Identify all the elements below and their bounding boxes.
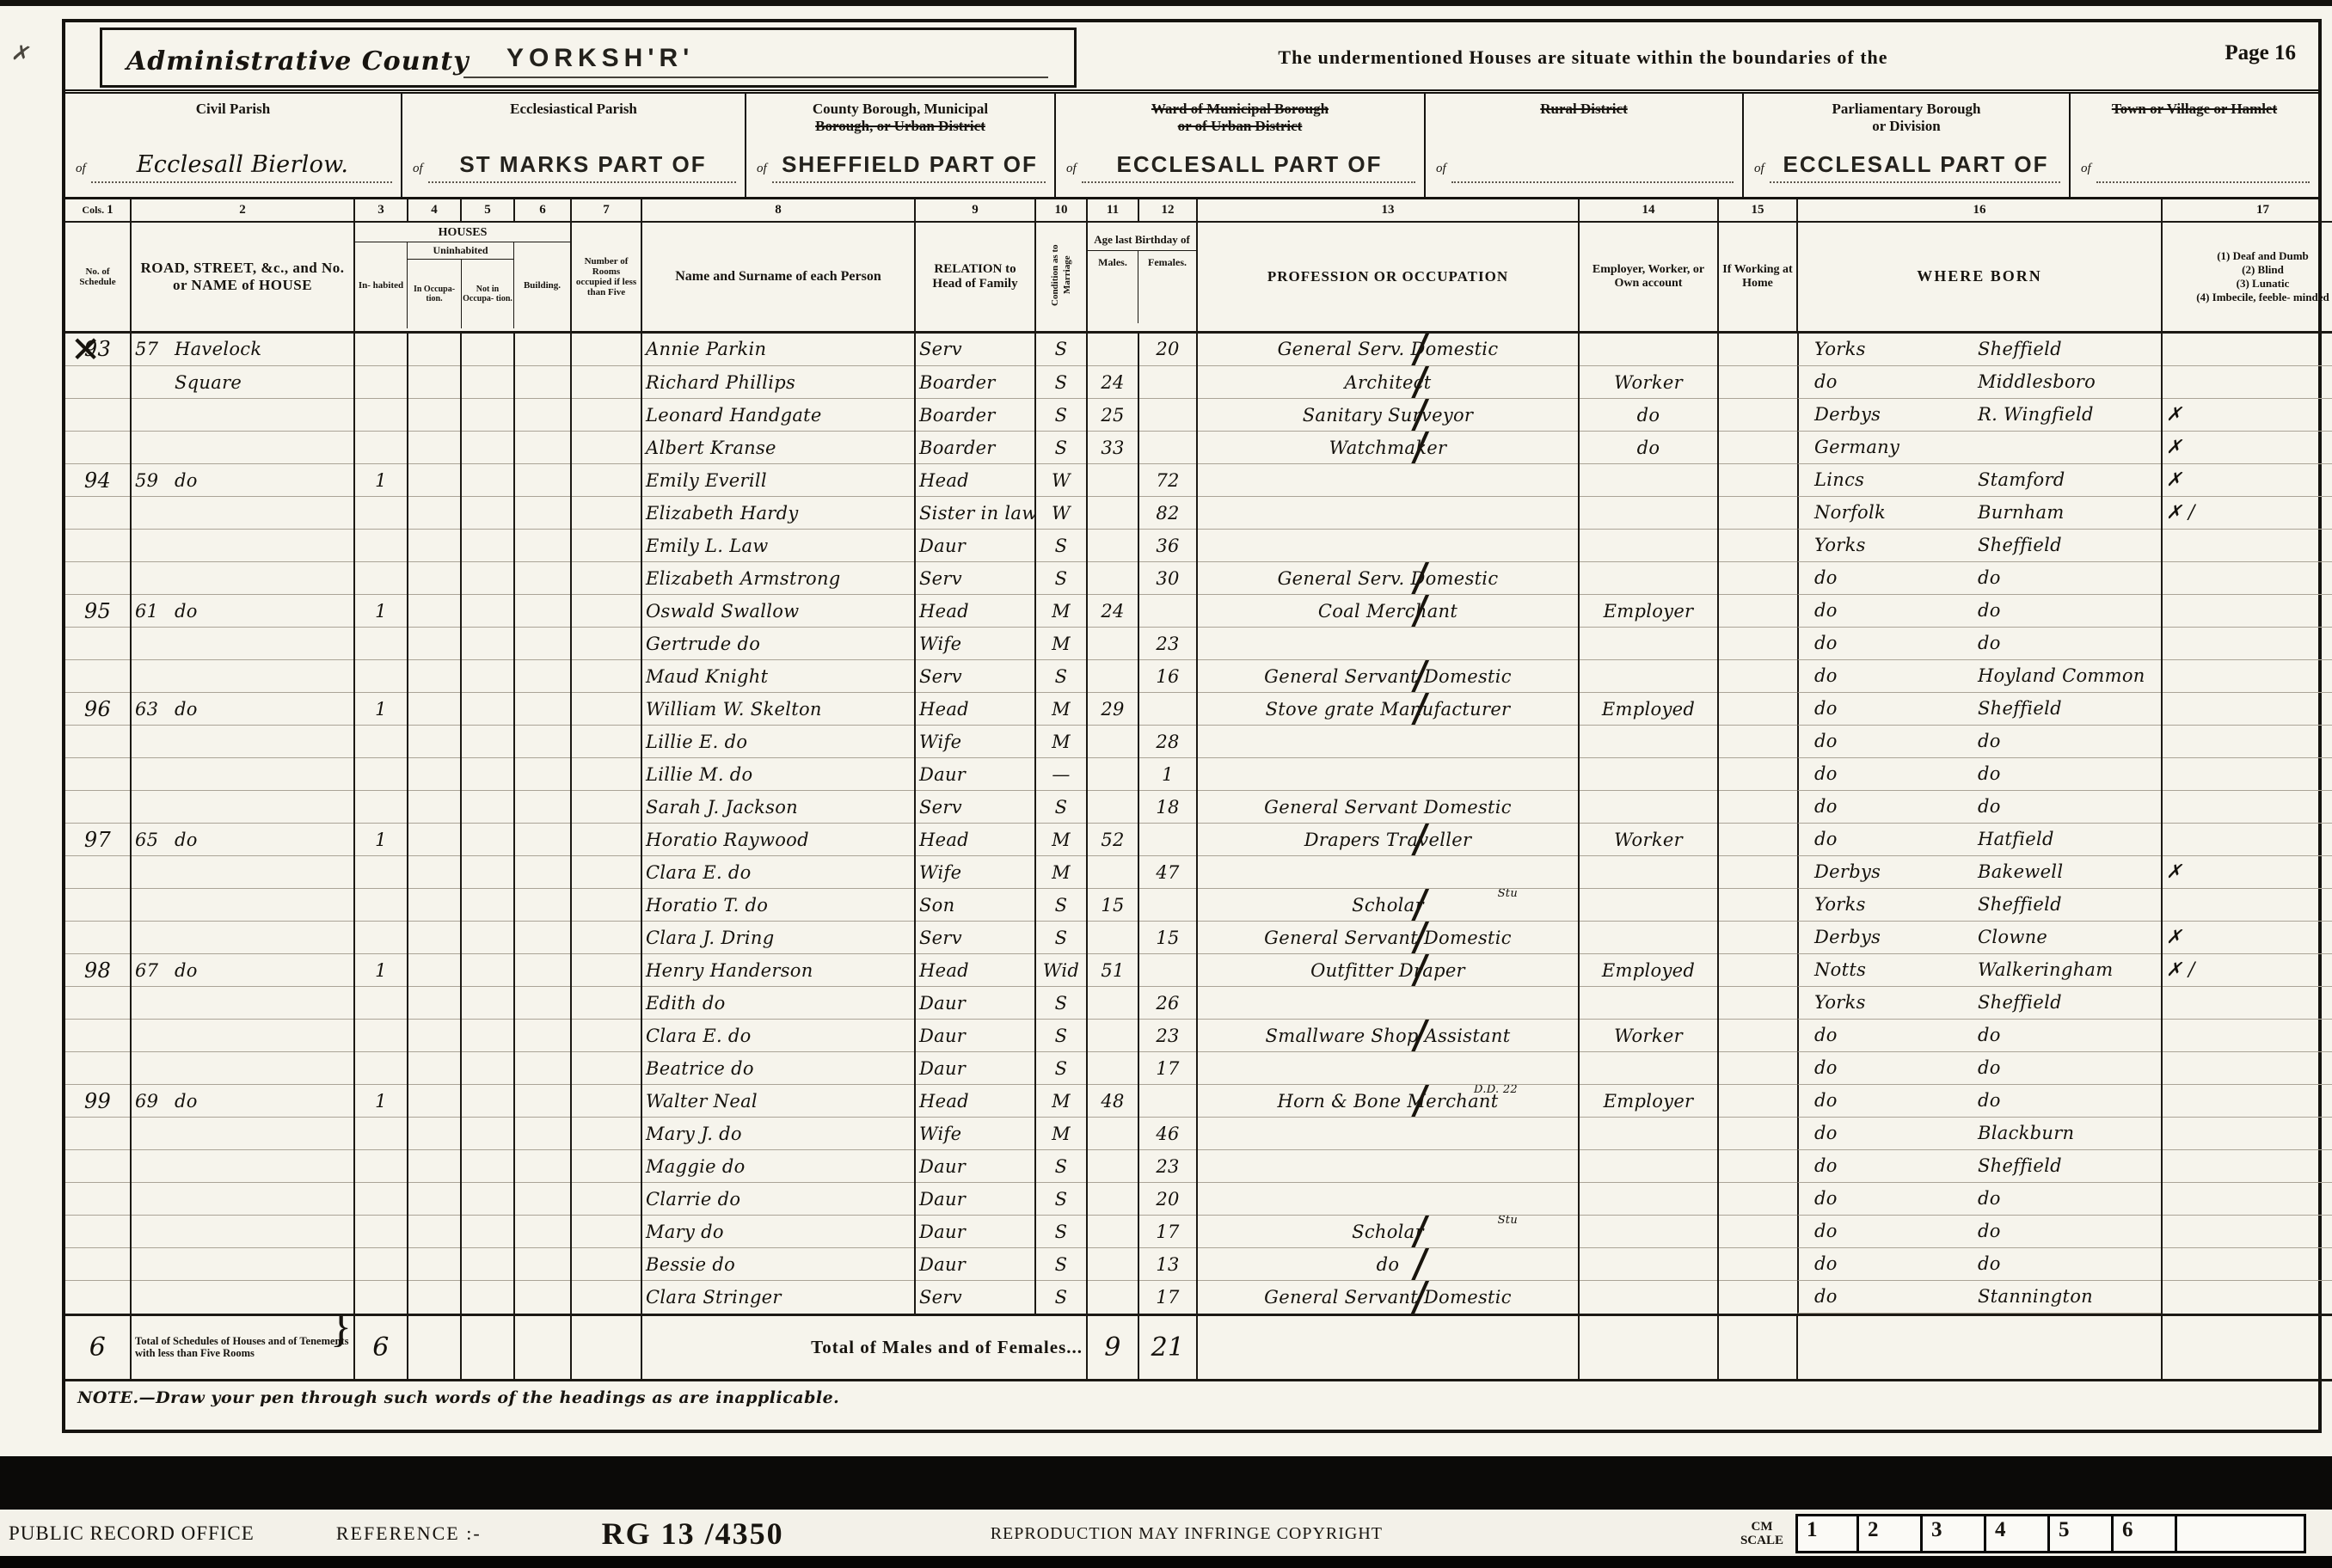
- cell-infirmity: [2162, 987, 2332, 1020]
- cell-employer-worker: Employer: [1579, 595, 1718, 628]
- cell-occupation: Watchmaker: [1197, 432, 1579, 464]
- col-number-11: 11: [1087, 199, 1138, 222]
- cell-name: Clara E. do: [641, 1020, 915, 1052]
- cell-employer-worker: [1579, 856, 1718, 889]
- cell-relation: Sister in law: [915, 497, 1035, 530]
- cell-employer-worker: [1579, 1248, 1718, 1281]
- total-schedules-label: Total of Schedules of Houses and of Tene…: [131, 1314, 354, 1380]
- cell-employer-worker: [1579, 1052, 1718, 1085]
- cell-rooms: [571, 1150, 641, 1183]
- empty-cell: [571, 1314, 641, 1380]
- cell-occupation: Stove grate Manufacturer: [1197, 693, 1579, 726]
- scale-tick-6: 6: [2114, 1514, 2177, 1553]
- cell-age-female: 20: [1138, 332, 1197, 366]
- table-row: Clarrie doDaurS20dodo: [65, 1183, 2332, 1216]
- cell-building: [514, 332, 571, 366]
- cell-age-female: [1138, 954, 1197, 987]
- cell-uninhabited-in-occupation: [408, 954, 461, 987]
- cell-working-at-home: [1718, 1183, 1797, 1216]
- cell-condition: M: [1035, 726, 1087, 758]
- cell-working-at-home: [1718, 922, 1797, 954]
- total-schedules-value: 6: [65, 1314, 131, 1380]
- cell-schedule-number: [65, 987, 131, 1020]
- cell-inhabited: [354, 366, 408, 399]
- col-number-3: 3: [354, 199, 408, 222]
- cell-employer-worker: [1579, 889, 1718, 922]
- box-title: Ecclesiastical Parish: [402, 101, 745, 118]
- cell-road-street: [131, 628, 354, 660]
- cell-condition: M: [1035, 1118, 1087, 1150]
- cell-name: Henry Handerson: [641, 954, 915, 987]
- cell-working-at-home: [1718, 1118, 1797, 1150]
- cell-building: [514, 1020, 571, 1052]
- cell-where-born: YorksSheffield: [1797, 987, 2161, 1020]
- cell-building: [514, 1118, 571, 1150]
- dotted-underline: [772, 181, 1046, 183]
- box-ecclesiastical-parish: Ecclesiastical Parish of ST MARKS PART O…: [401, 94, 745, 197]
- cell-schedule-number: [65, 1281, 131, 1315]
- cell-condition: W: [1035, 497, 1087, 530]
- cell-working-at-home: [1718, 1052, 1797, 1085]
- cell-condition: S: [1035, 922, 1087, 954]
- cell-occupation: Sanitary Surveyor: [1197, 399, 1579, 432]
- cell-rooms: [571, 1085, 641, 1118]
- table-row: Beatrice doDaurS17dodo: [65, 1052, 2332, 1085]
- cell-relation: Head: [915, 595, 1035, 628]
- cell-infirmity: [2162, 1020, 2332, 1052]
- cell-inhabited: 1: [354, 464, 408, 497]
- col-number-15: 15: [1718, 199, 1797, 222]
- cell-road-street: [131, 889, 354, 922]
- empty-cell: [408, 1314, 461, 1380]
- cell-age-female: 47: [1138, 856, 1197, 889]
- cell-infirmity: [2162, 366, 2332, 399]
- table-row: Mary doDaurS17StuScholardodo: [65, 1216, 2332, 1248]
- cell-age-male: 51: [1087, 954, 1138, 987]
- empty-cell: [2162, 1314, 2332, 1380]
- cell-uninhabited-not-in-occupation: [461, 824, 514, 856]
- cell-relation: Wife: [915, 726, 1035, 758]
- cell-uninhabited-not-in-occupation: [461, 497, 514, 530]
- cell-name: Clara E. do: [641, 856, 915, 889]
- cell-where-born: DerbysClowne: [1797, 922, 2161, 954]
- cell-uninhabited-in-occupation: [408, 693, 461, 726]
- header-uninhabited-group: Uninhabited In Occupa- tion. Not in Occu…: [407, 242, 513, 328]
- cell-occupation: General Servant Domestic: [1197, 922, 1579, 954]
- cell-condition: W: [1035, 464, 1087, 497]
- cell-employer-worker: [1579, 660, 1718, 693]
- cell-building: [514, 1052, 571, 1085]
- cell-building: [514, 1216, 571, 1248]
- box-title-2: or Division: [1744, 118, 2069, 135]
- header-inhabited: In- habited: [355, 242, 407, 328]
- scale-tick-3: 3: [1923, 1514, 1986, 1553]
- cell-road-street: [131, 1248, 354, 1281]
- col-number-9: 9: [915, 199, 1035, 222]
- cell-occupation: [1197, 1118, 1579, 1150]
- cell-name: Walter Neal: [641, 1085, 915, 1118]
- cell-age-female: 17: [1138, 1216, 1197, 1248]
- table-body: 9357HavelockAnnie ParkinServS20General S…: [65, 332, 2332, 1314]
- cell-working-at-home: [1718, 987, 1797, 1020]
- cell-road-street: [131, 922, 354, 954]
- col-number-5: 5: [461, 199, 514, 222]
- cell-road-street: [131, 1216, 354, 1248]
- cell-rooms: [571, 660, 641, 693]
- header-working-at-home: If Working at Home: [1718, 222, 1797, 332]
- cell-working-at-home: [1718, 726, 1797, 758]
- cell-occupation: D.D. 22Horn & Bone Merchant: [1197, 1085, 1579, 1118]
- cell-employer-worker: Employer: [1579, 1085, 1718, 1118]
- cell-uninhabited-in-occupation: [408, 1020, 461, 1052]
- table-row: 9663do1William W. SkeltonHeadM29Stove gr…: [65, 693, 2332, 726]
- cm-scale-label: CMSCALE: [1740, 1520, 1783, 1547]
- cell-rooms: [571, 595, 641, 628]
- cell-age-female: [1138, 432, 1197, 464]
- cell-name: Annie Parkin: [641, 332, 915, 366]
- cell-schedule-number: [65, 1020, 131, 1052]
- cell-rooms: [571, 856, 641, 889]
- cell-where-born: DerbysR. Wingfield: [1797, 399, 2161, 432]
- table-row: Albert KranseBoarderS33WatchmakerdoGerma…: [65, 432, 2332, 464]
- header-band-parishes: Civil Parish of Ecclesall Bierlow. Eccle…: [65, 94, 2318, 199]
- cell-road-street: 57Havelock: [131, 332, 354, 366]
- cell-uninhabited-not-in-occupation: [461, 1118, 514, 1150]
- cell-working-at-home: [1718, 464, 1797, 497]
- cell-road-street: 59do: [131, 464, 354, 497]
- cell-condition: M: [1035, 693, 1087, 726]
- footer-copyright: REPRODUCTION MAY INFRINGE COPYRIGHT: [991, 1524, 1383, 1544]
- cell-employer-worker: [1579, 758, 1718, 791]
- cell-schedule-number: [65, 530, 131, 562]
- cell-employer-worker: [1579, 628, 1718, 660]
- cell-age-male: [1087, 791, 1138, 824]
- cell-occupation: [1197, 758, 1579, 791]
- cell-occupation: Smallware Shop Assistant: [1197, 1020, 1579, 1052]
- infirmity-item-4: (4) Imbecile, feeble- minded: [2166, 291, 2332, 304]
- cell-working-at-home: [1718, 530, 1797, 562]
- cell-where-born: Germany: [1797, 432, 2161, 464]
- cell-inhabited: [354, 1150, 408, 1183]
- cell-working-at-home: [1718, 856, 1797, 889]
- cell-schedule-number: 95: [65, 595, 131, 628]
- table-row: Emily L. LawDaurS36YorksSheffield: [65, 530, 2332, 562]
- table-row: Clara E. doDaurS23Smallware Shop Assista…: [65, 1020, 2332, 1052]
- cell-inhabited: 1: [354, 1085, 408, 1118]
- cell-building: [514, 1281, 571, 1315]
- cell-relation: Serv: [915, 791, 1035, 824]
- cell-rooms: [571, 366, 641, 399]
- table-row: 9561do1Oswald SwallowHeadM24Coal Merchan…: [65, 595, 2332, 628]
- box-title: Ward of Municipal Borough: [1056, 101, 1424, 118]
- cell-road-street: [131, 562, 354, 595]
- cell-age-female: 23: [1138, 1020, 1197, 1052]
- cell-employer-worker: Worker: [1579, 1020, 1718, 1052]
- cell-where-born: doMiddlesboro: [1797, 366, 2161, 399]
- cell-condition: S: [1035, 791, 1087, 824]
- cell-working-at-home: [1718, 497, 1797, 530]
- table-row: 9459do1Emily EverillHeadW72LincsStamford…: [65, 464, 2332, 497]
- cell-name: Horatio Raywood: [641, 824, 915, 856]
- cell-inhabited: [354, 889, 408, 922]
- cell-where-born: dodo: [1797, 758, 2161, 791]
- cell-condition: S: [1035, 1216, 1087, 1248]
- cell-uninhabited-not-in-occupation: [461, 660, 514, 693]
- table-row: Gertrude doWifeM23dodo: [65, 628, 2332, 660]
- box-parliamentary-borough: Parliamentary Borough or Division of ECC…: [1742, 94, 2069, 197]
- header-name: Name and Surname of each Person: [641, 222, 915, 332]
- cell-relation: Wife: [915, 1118, 1035, 1150]
- cell-condition: M: [1035, 628, 1087, 660]
- cell-uninhabited-not-in-occupation: [461, 758, 514, 791]
- cell-infirmity: [2162, 1085, 2332, 1118]
- cell-age-male: 33: [1087, 432, 1138, 464]
- cell-employer-worker: [1579, 1150, 1718, 1183]
- cell-age-female: 17: [1138, 1281, 1197, 1315]
- cell-employer-worker: do: [1579, 399, 1718, 432]
- cell-rooms: [571, 1052, 641, 1085]
- cell-name: Leonard Handgate: [641, 399, 915, 432]
- cell-rooms: [571, 432, 641, 464]
- cell-age-male: 29: [1087, 693, 1138, 726]
- cell-age-female: 1: [1138, 758, 1197, 791]
- box-title: County Borough, Municipal: [746, 101, 1054, 118]
- cell-occupation: Drapers Traveller: [1197, 824, 1579, 856]
- cell-uninhabited-in-occupation: [408, 1248, 461, 1281]
- cell-relation: Wife: [915, 856, 1035, 889]
- cell-relation: Head: [915, 693, 1035, 726]
- admin-county-underline: [463, 77, 1048, 78]
- cell-where-born: dodo: [1797, 562, 2161, 595]
- cell-name: Clara Stringer: [641, 1281, 915, 1315]
- cell-working-at-home: [1718, 562, 1797, 595]
- cell-where-born: doStannington: [1797, 1281, 2161, 1314]
- cell-inhabited: [354, 1118, 408, 1150]
- cell-uninhabited-in-occupation: [408, 922, 461, 954]
- cell-working-at-home: [1718, 791, 1797, 824]
- cell-working-at-home: [1718, 758, 1797, 791]
- cell-employer-worker: Worker: [1579, 366, 1718, 399]
- cell-uninhabited-in-occupation: [408, 660, 461, 693]
- cell-road-street: [131, 530, 354, 562]
- cell-uninhabited-not-in-occupation: [461, 954, 514, 987]
- cell-employer-worker: Employed: [1579, 693, 1718, 726]
- cell-rooms: [571, 726, 641, 758]
- cell-relation: Serv: [915, 660, 1035, 693]
- cell-rooms: [571, 562, 641, 595]
- cell-building: [514, 464, 571, 497]
- cell-working-at-home: [1718, 1281, 1797, 1315]
- dotted-underline: [91, 181, 392, 183]
- cell-inhabited: [354, 791, 408, 824]
- empty-cell: [461, 1314, 514, 1380]
- admin-county-box: Administrative County YORKSH'R': [100, 28, 1077, 88]
- header-age-group: Age last Birthday of Males. Females.: [1087, 222, 1197, 332]
- cell-age-female: 20: [1138, 1183, 1197, 1216]
- scale-tick-2: 2: [1859, 1514, 1923, 1553]
- cell-uninhabited-not-in-occupation: [461, 595, 514, 628]
- cell-uninhabited-in-occupation: [408, 530, 461, 562]
- cell-occupation: [1197, 1183, 1579, 1216]
- cell-inhabited: [354, 628, 408, 660]
- table-row: Clara StringerServS17General Servant Dom…: [65, 1281, 2332, 1315]
- cell-building: [514, 954, 571, 987]
- cell-road-street: [131, 856, 354, 889]
- cell-name: Mary do: [641, 1216, 915, 1248]
- cell-uninhabited-in-occupation: [408, 628, 461, 660]
- table-row: Maud KnightServS16General Servant Domest…: [65, 660, 2332, 693]
- cell-infirmity: ✗ /: [2162, 497, 2332, 530]
- box-title: Civil Parish: [65, 101, 401, 118]
- cell-name: Sarah J. Jackson: [641, 791, 915, 824]
- cell-employer-worker: [1579, 922, 1718, 954]
- cell-occupation: Architect: [1197, 366, 1579, 399]
- cell-relation: Serv: [915, 562, 1035, 595]
- dotted-underline: [1082, 181, 1415, 183]
- footer-office: PUBLIC RECORD OFFICE: [9, 1522, 255, 1545]
- cell-where-born: YorksSheffield: [1797, 334, 2161, 366]
- cell-age-male: [1087, 758, 1138, 791]
- cell-uninhabited-not-in-occupation: [461, 726, 514, 758]
- box-civil-parish: Civil Parish of Ecclesall Bierlow.: [65, 94, 401, 197]
- cell-uninhabited-in-occupation: [408, 1281, 461, 1315]
- cell-building: [514, 856, 571, 889]
- box-value: Ecclesall Bierlow.: [91, 151, 394, 178]
- page-number: Page 16: [2225, 41, 2296, 65]
- cell-road-street: 65do: [131, 824, 354, 856]
- cell-condition: S: [1035, 399, 1087, 432]
- header-males: Males.: [1088, 251, 1138, 323]
- cell-age-male: [1087, 628, 1138, 660]
- box-value: SHEFFIELD PART OF: [772, 151, 1047, 178]
- col-number-4: 4: [408, 199, 461, 222]
- cell-uninhabited-not-in-occupation: [461, 922, 514, 954]
- of-label: of: [1436, 162, 1446, 176]
- cell-working-at-home: [1718, 399, 1797, 432]
- table-row: Mary J. doWifeM46doBlackburn: [65, 1118, 2332, 1150]
- cell-schedule-number: [65, 922, 131, 954]
- scan-edge-bottom: [0, 1556, 2332, 1568]
- cell-uninhabited-not-in-occupation: [461, 562, 514, 595]
- table-row: 9357HavelockAnnie ParkinServS20General S…: [65, 332, 2332, 366]
- table-row: Lillie M. doDaur—1dodo: [65, 758, 2332, 791]
- table-row: Sarah J. JacksonServS18General Servant D…: [65, 791, 2332, 824]
- header-relation: RELATION to Head of Family: [915, 222, 1035, 332]
- cell-inhabited: [354, 660, 408, 693]
- cell-uninhabited-in-occupation: [408, 791, 461, 824]
- cell-building: [514, 562, 571, 595]
- table-row: Clara E. doWifeM47DerbysBakewell✗: [65, 856, 2332, 889]
- cell-road-street: 67do: [131, 954, 354, 987]
- situate-line: The undermentioned Houses are situate wi…: [1114, 46, 2052, 69]
- infirmity-item-3: (3) Lunatic: [2166, 277, 2332, 291]
- cell-age-female: 46: [1138, 1118, 1197, 1150]
- total-males-females-label: Total of Males and of Females...: [641, 1314, 1087, 1380]
- total-females-value: 21: [1138, 1314, 1197, 1380]
- cell-condition: S: [1035, 1150, 1087, 1183]
- cell-road-street: [131, 1150, 354, 1183]
- of-label: of: [76, 162, 86, 176]
- cell-inhabited: [354, 726, 408, 758]
- cell-occupation: General Servant Domestic: [1197, 791, 1579, 824]
- header-condition: Condition as to Marriage: [1035, 222, 1087, 332]
- cell-rooms: [571, 497, 641, 530]
- cell-age-female: 30: [1138, 562, 1197, 595]
- cell-inhabited: [354, 530, 408, 562]
- cell-schedule-number: [65, 366, 131, 399]
- cell-infirmity: ✗: [2162, 922, 2332, 954]
- cell-rooms: [571, 1216, 641, 1248]
- cell-name: Maggie do: [641, 1150, 915, 1183]
- cell-inhabited: [354, 1248, 408, 1281]
- cell-road-street: 63do: [131, 693, 354, 726]
- cell-employer-worker: [1579, 1216, 1718, 1248]
- cell-building: [514, 791, 571, 824]
- col-number-12: 12: [1138, 199, 1197, 222]
- cell-condition: M: [1035, 824, 1087, 856]
- box-value: ECCLESALL PART OF: [1770, 151, 2062, 178]
- brace-glyph: }: [330, 1321, 352, 1333]
- cell-road-street: [131, 1118, 354, 1150]
- cell-relation: Serv: [915, 1281, 1035, 1315]
- cell-schedule-number: [65, 660, 131, 693]
- admin-county-label: Administrative County: [126, 46, 469, 77]
- cell-name: Elizabeth Hardy: [641, 497, 915, 530]
- cell-uninhabited-in-occupation: [408, 758, 461, 791]
- cell-building: [514, 432, 571, 464]
- cell-where-born: dodo: [1797, 1183, 2161, 1216]
- box-title-2: Borough, or Urban District: [746, 118, 1054, 135]
- cell-relation: Daur: [915, 1216, 1035, 1248]
- cell-uninhabited-in-occupation: [408, 1183, 461, 1216]
- cell-occupation: General Serv. Domestic: [1197, 332, 1579, 366]
- cell-working-at-home: [1718, 628, 1797, 660]
- of-label: of: [413, 162, 423, 176]
- scan-tear-band: [0, 1456, 2332, 1510]
- cell-name: Clarrie do: [641, 1183, 915, 1216]
- cell-where-born: dodo: [1797, 791, 2161, 824]
- cell-uninhabited-not-in-occupation: [461, 1248, 514, 1281]
- cell-rooms: [571, 693, 641, 726]
- cell-schedule-number: 94: [65, 464, 131, 497]
- cell-name: Elizabeth Armstrong: [641, 562, 915, 595]
- header-infirmity: (1) Deaf and Dumb (2) Blind (3) Lunatic …: [2162, 222, 2332, 332]
- cell-occupation: do: [1197, 1248, 1579, 1281]
- cell-inhabited: [354, 1216, 408, 1248]
- cell-road-street: [131, 758, 354, 791]
- cell-rooms: [571, 530, 641, 562]
- cell-infirmity: ✗: [2162, 399, 2332, 432]
- cell-age-male: 24: [1087, 595, 1138, 628]
- cell-infirmity: ✗ /: [2162, 954, 2332, 987]
- cell-uninhabited-in-occupation: [408, 824, 461, 856]
- cell-uninhabited-not-in-occupation: [461, 791, 514, 824]
- cell-building: [514, 1150, 571, 1183]
- totals-row: 6 Total of Schedules of Houses and of Te…: [65, 1314, 2332, 1380]
- cell-road-street: [131, 432, 354, 464]
- cell-age-female: [1138, 1085, 1197, 1118]
- cell-name: Beatrice do: [641, 1052, 915, 1085]
- cell-occupation: Outfitter Draper: [1197, 954, 1579, 987]
- cell-age-male: [1087, 1052, 1138, 1085]
- cell-uninhabited-not-in-occupation: [461, 432, 514, 464]
- cell-rooms: [571, 1020, 641, 1052]
- cell-age-female: 13: [1138, 1248, 1197, 1281]
- scale-tick-4: 4: [1986, 1514, 2050, 1553]
- cell-condition: S: [1035, 562, 1087, 595]
- cell-working-at-home: [1718, 1216, 1797, 1248]
- cell-relation: Boarder: [915, 399, 1035, 432]
